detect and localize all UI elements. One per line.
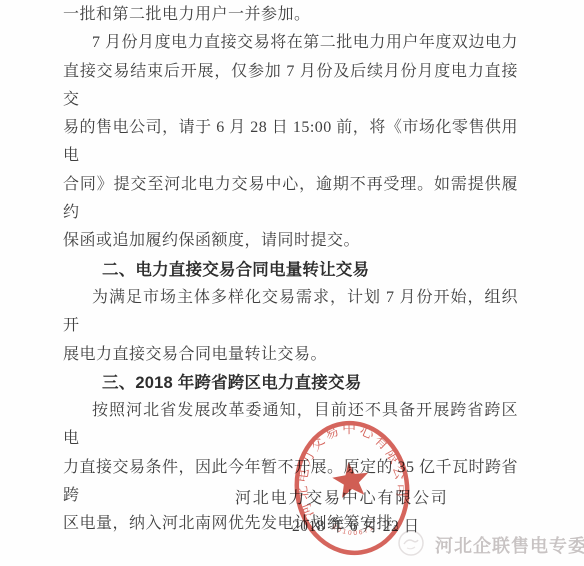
section-heading: 三、2018 年跨省跨区电力直接交易 [63,369,518,397]
page: { "colors": { "seal_red": "#cf4a40", "bo… [0,0,584,566]
document-line: 展电力直接交易合同电量转让交易。 [63,341,518,369]
seal-star-icon [330,460,371,499]
svg-text:20100671: 20100671 [330,518,375,540]
seal-code: 20100671 [330,518,375,540]
document-line: 直接交易结束后开展，仅参加 7 月份及后续月份月度电力直接交 [63,58,518,115]
document-line: 为满足市场主体多样化交易需求，计划 7 月份开始，组织开 [63,284,518,341]
watermark-text: 河北企联售电专委会 [435,532,584,558]
document-line: 易的售电公司，请于 6 月 28 日 15:00 前，将《市场化零售供用电 [63,114,518,171]
document-line: 7 月份月度电力直接交易将在第二批电力用户年度双边电力 [63,29,518,57]
document-line: 保函或追加履约保函额度，请同时提交。 [63,227,518,255]
document-line: 合同》提交至河北电力交易中心，逾期不再受理。如需提供履约 [63,171,518,228]
official-seal: 河北电力交易中心有限公司 20100671 [285,413,420,563]
document-line: 一批和第二批电力用户一并参加。 [63,1,518,29]
section-heading: 二、电力直接交易合同电量转让交易 [63,256,518,284]
